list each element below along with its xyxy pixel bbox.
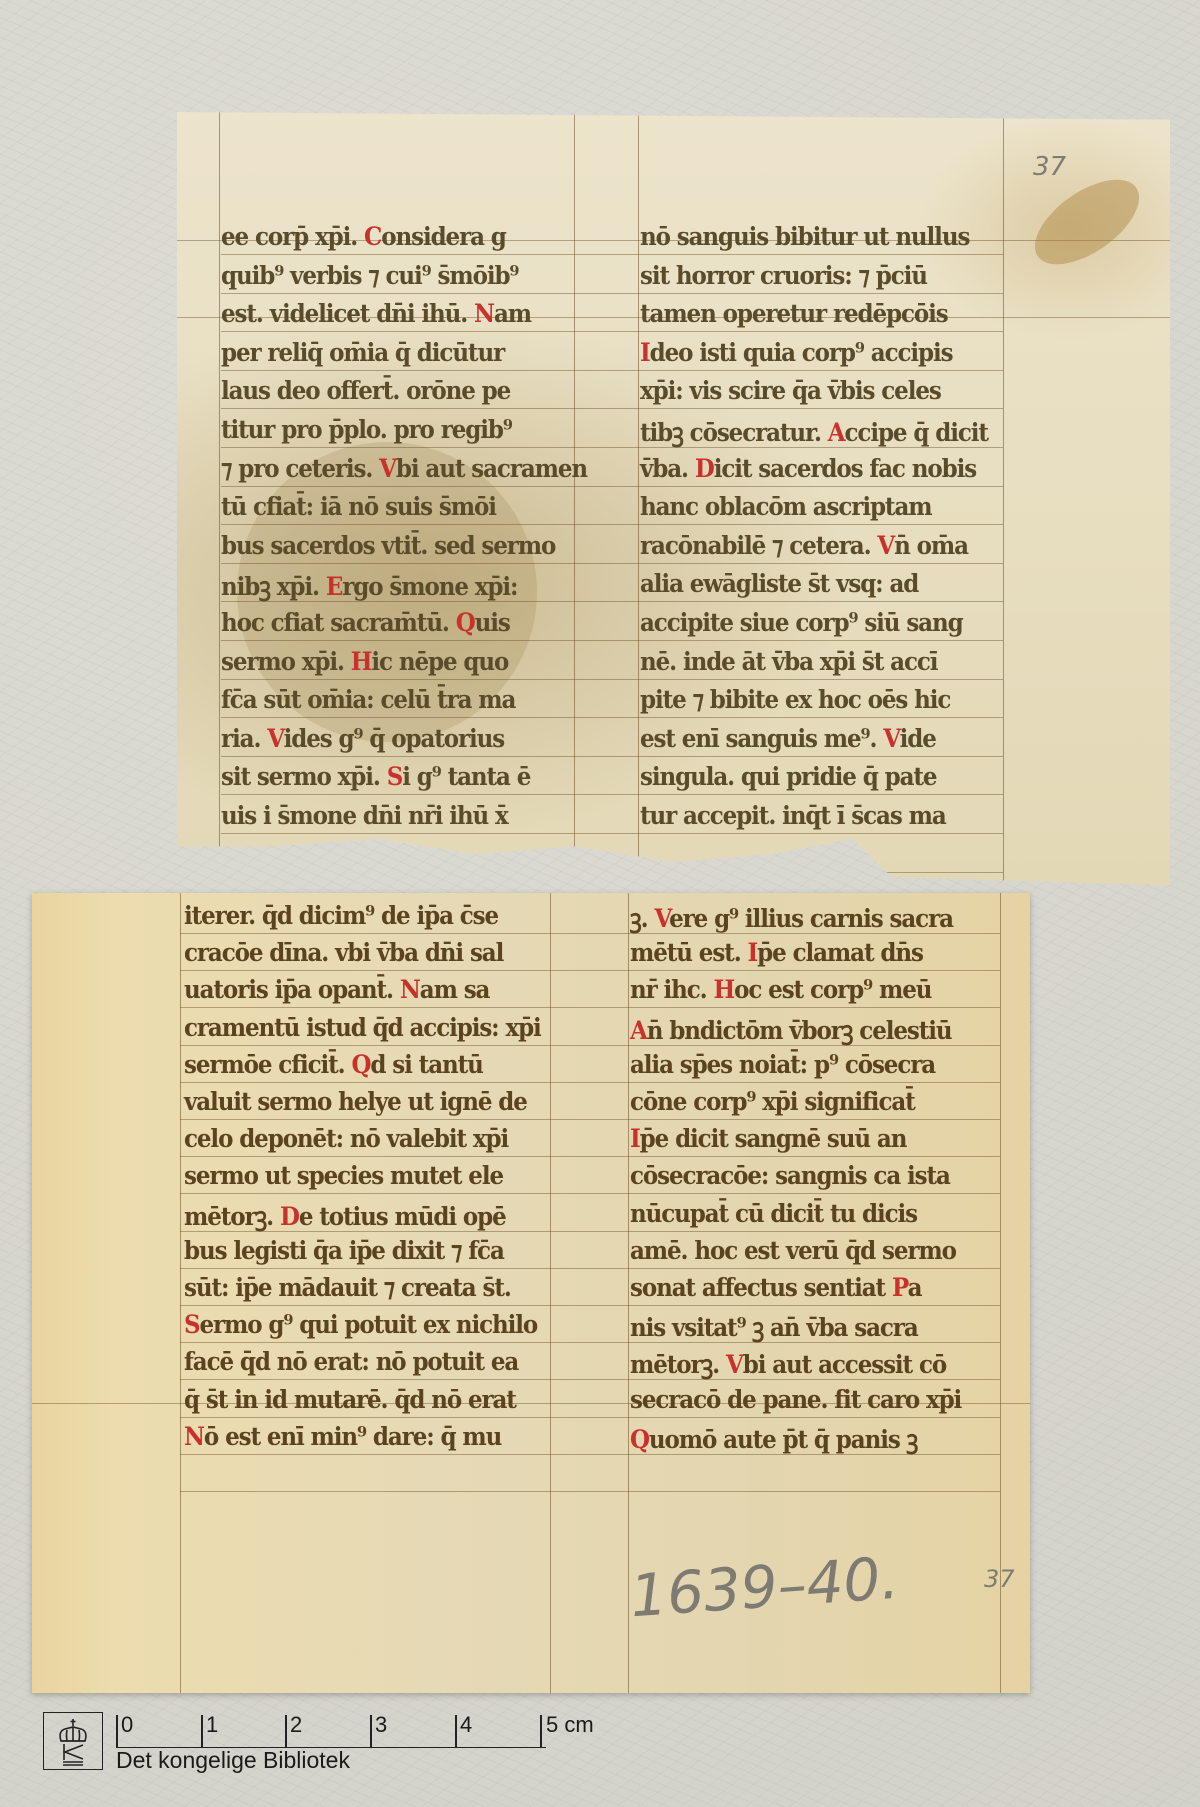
line-text: pite ⁊ bibite ex hoc oēs hic bbox=[640, 685, 950, 714]
manuscript-line: An̄ bndictōm v̄borꝫ celestiū bbox=[630, 1013, 952, 1047]
rubricated-initial: H bbox=[714, 975, 735, 1004]
rubricated-initial: N bbox=[184, 1422, 204, 1451]
manuscript-line: v̄ba. Dicit sacerdos fac nobis bbox=[640, 454, 976, 483]
line-text: fc̄a sūt om̄ia: celū t̄ra ma bbox=[221, 685, 515, 714]
ruling-line bbox=[221, 408, 1003, 409]
manuscript-line: Nō est enī min⁹ dare: q̄ mu bbox=[184, 1422, 501, 1451]
manuscript-line: tibꝫ cōsecratur. Accipe q̄ dicit bbox=[640, 415, 988, 449]
line-text: n̄ bndictōm v̄borꝫ celestiū bbox=[647, 1016, 952, 1045]
manuscript-line: alia sp̄es noiat̄: p⁹ cōsecra bbox=[630, 1050, 935, 1079]
manuscript-line: nō sanguis bibitur ut nullus bbox=[640, 222, 969, 251]
rubricated-initial: D bbox=[280, 1202, 299, 1231]
line-text: rgo s̄mone xp̄i: bbox=[342, 572, 517, 601]
pencil-note: 1639–40. bbox=[628, 1544, 901, 1631]
ruling-line bbox=[221, 563, 1003, 564]
line-text: icit sacerdos fac nobis bbox=[714, 454, 976, 483]
rubricated-initial: V bbox=[877, 531, 894, 560]
line-text: cracōe dīna. vbi v̄ba dn̄i sal bbox=[184, 938, 503, 967]
ruling-line bbox=[180, 1268, 1000, 1269]
line-text: uomō aute p̄t q̄ panis ꝫ bbox=[649, 1425, 917, 1454]
manuscript-line: titur pro p̄plo. pro regib⁹ bbox=[221, 415, 512, 444]
line-text: ee corp̄ xp̄i. bbox=[221, 222, 364, 251]
manuscript-line: sermo xp̄i. Hic nēpe quo bbox=[221, 647, 508, 676]
line-text: hanc oblacōm ascriptam bbox=[640, 492, 931, 521]
manuscript-line: sermōe cficit̄. Qd si tantū bbox=[184, 1050, 483, 1079]
manuscript-line: mētū est. Ip̄e clamat dn̄s bbox=[630, 938, 923, 967]
line-text: sermōe cficit̄. bbox=[184, 1050, 351, 1079]
manuscript-line: celo deponēt: nō valebit xp̄i bbox=[184, 1124, 508, 1153]
rubricated-initial: C bbox=[364, 222, 381, 251]
line-text: celo deponēt: nō valebit xp̄i bbox=[184, 1124, 508, 1153]
ruling-line bbox=[219, 112, 220, 885]
ruling-line bbox=[180, 893, 181, 1693]
line-text: d si tantū bbox=[370, 1050, 482, 1079]
ruler-label: 4 bbox=[460, 1712, 472, 1738]
ruling-line bbox=[574, 112, 575, 885]
rubricated-initial: E bbox=[326, 572, 342, 601]
line-text: xp̄i: vis scire q̄a v̄bis celes bbox=[640, 376, 941, 405]
line-text: secracō de pane. fit caro xp̄i bbox=[630, 1385, 961, 1414]
ruling-line bbox=[180, 1231, 1000, 1232]
library-logo bbox=[43, 1712, 103, 1770]
manuscript-line: nē. inde āt v̄ba xp̄i s̄t accī bbox=[640, 647, 937, 676]
line-text: ic nēpe quo bbox=[371, 647, 508, 676]
line-text: mētorꝫ. bbox=[184, 1202, 280, 1231]
line-text: cōsecracōe: sangnis ca ista bbox=[630, 1161, 950, 1190]
ruling-line bbox=[180, 1305, 1000, 1306]
ruler-label: 2 bbox=[290, 1712, 302, 1738]
rubricated-initial: D bbox=[695, 454, 714, 483]
ruling-line bbox=[221, 794, 1003, 795]
line-text: ide bbox=[900, 724, 936, 753]
manuscript-line: quib⁹ verbis ⁊ cui⁹ s̄mōib⁹ bbox=[221, 261, 518, 290]
ruling-line bbox=[550, 893, 551, 1693]
scale-unit-label: 5 cm bbox=[546, 1712, 594, 1738]
ruling-line bbox=[221, 679, 1003, 680]
manuscript-line: nibꝫ xp̄i. Ergo s̄mone xp̄i: bbox=[221, 569, 517, 603]
line-text: nē. inde āt v̄ba xp̄i s̄t accī bbox=[640, 647, 937, 676]
ruler-label: 1 bbox=[206, 1712, 218, 1738]
line-text: am bbox=[494, 299, 531, 328]
rubricated-initial: A bbox=[828, 418, 845, 447]
ruling-line bbox=[180, 970, 1000, 971]
rubricated-initial: N bbox=[474, 299, 494, 328]
line-text: alia ewāgliste s̄t vsq: ad bbox=[640, 569, 918, 598]
line-text: e totius mūdi opē bbox=[299, 1202, 506, 1231]
manuscript-line: secracō de pane. fit caro xp̄i bbox=[630, 1385, 961, 1414]
line-text: accipite siue corp⁹ siū sang bbox=[640, 608, 963, 637]
rubricated-initial: H bbox=[351, 647, 372, 676]
line-text: nūcupat̄ cū dicit̄ tu dicis bbox=[630, 1199, 917, 1228]
line-text: uis bbox=[475, 608, 510, 637]
line-text: sūt: ip̄e mādauit ⁊ creata s̄t. bbox=[184, 1273, 511, 1302]
line-text: sermo ut species mutet ele bbox=[184, 1161, 503, 1190]
ruler-label: 0 bbox=[121, 1712, 133, 1738]
ruling-line bbox=[180, 933, 1000, 934]
line-text: n̄ om̄a bbox=[894, 531, 968, 560]
manuscript-line: pite ⁊ bibite ex hoc oēs hic bbox=[640, 685, 950, 714]
manuscript-line: Quomō aute p̄t q̄ panis ꝫ bbox=[630, 1422, 917, 1456]
ruling-line bbox=[221, 331, 1003, 332]
ruler-tick bbox=[540, 1715, 542, 1748]
line-text: p̄e dicit sangnē suū an bbox=[640, 1124, 907, 1153]
line-text: cramentū istud q̄d accipis: xp̄i bbox=[184, 1013, 541, 1042]
ruling-line bbox=[221, 370, 1003, 371]
manuscript-line: alia ewāgliste s̄t vsq: ad bbox=[640, 569, 918, 598]
ruler-tick bbox=[201, 1715, 203, 1748]
rubricated-initial: V bbox=[654, 904, 669, 933]
ruling-line bbox=[180, 1045, 1000, 1046]
manuscript-line: singula. qui pridie q̄ pate bbox=[640, 762, 936, 791]
manuscript-line: Ideo isti quia corp⁹ accipis bbox=[640, 338, 952, 367]
top-manuscript-leaf: 37 ee corp̄ xp̄i. Considera gquib⁹ verbi… bbox=[177, 112, 1170, 885]
line-text: racōnabilē ⁊ cetera. bbox=[640, 531, 877, 560]
line-text: bus sacerdos vtit̄. sed sermo bbox=[221, 531, 555, 560]
ruling-line bbox=[180, 1342, 1000, 1343]
rubricated-initial: A bbox=[630, 1016, 647, 1045]
line-text: nis vsitat⁹ ꝫ an̄ v̄ba sacra bbox=[630, 1313, 918, 1342]
manuscript-line: accipite siue corp⁹ siū sang bbox=[640, 608, 963, 637]
line-text: amē. hoc est verū q̄d sermo bbox=[630, 1236, 956, 1265]
manuscript-line: uatoris ip̄a opant̄. Nam sa bbox=[184, 975, 489, 1004]
line-text: quib⁹ verbis ⁊ cui⁹ s̄mōib⁹ bbox=[221, 261, 518, 290]
rubricated-initial: Q bbox=[456, 608, 475, 637]
line-text: sit sermo xp̄i. bbox=[221, 762, 387, 791]
ruling-line bbox=[221, 872, 1003, 873]
ruling-line bbox=[180, 1119, 1000, 1120]
rubricated-initial: V bbox=[379, 454, 396, 483]
manuscript-line: sit horror cruoris: ⁊ p̄ciū bbox=[640, 261, 927, 290]
line-text: i g⁹ tanta ē bbox=[402, 762, 530, 791]
manuscript-line: ria. Vides g⁹ q̄ opatorius bbox=[221, 724, 504, 753]
ruling-line bbox=[180, 1007, 1000, 1008]
line-text: titur pro p̄plo. pro regib⁹ bbox=[221, 415, 512, 444]
folio-number: 37 bbox=[984, 1565, 1015, 1593]
line-text: ⁊ pro ceteris. bbox=[221, 454, 379, 483]
ruling-line bbox=[221, 486, 1003, 487]
rubricated-initial: S bbox=[387, 762, 403, 791]
rubricated-initial: I bbox=[630, 1124, 640, 1153]
manuscript-line: uis i s̄mone dn̄i nr̄i ihū x̄ bbox=[221, 801, 508, 830]
scale-ruler: 0 1 2 3 4 bbox=[116, 1712, 546, 1748]
ruling-line bbox=[638, 112, 639, 885]
manuscript-line: cōsecracōe: sangnis ca ista bbox=[630, 1161, 950, 1190]
line-text: mētū est. bbox=[630, 938, 748, 967]
manuscript-line: tamen operetur redēpcōis bbox=[640, 299, 948, 328]
manuscript-line: xp̄i: vis scire q̄a v̄bis celes bbox=[640, 376, 941, 405]
line-text: per reliq̄ om̄ia q̄ dicūtur bbox=[221, 338, 504, 367]
rubricated-initial: I bbox=[748, 938, 758, 967]
ruling-line bbox=[180, 1193, 1000, 1194]
line-text: v̄ba. bbox=[640, 454, 695, 483]
folio-number: 37 bbox=[1033, 152, 1066, 182]
ruling-line bbox=[221, 756, 1003, 757]
manuscript-line: sermo ut species mutet ele bbox=[184, 1161, 503, 1190]
ruling-line bbox=[221, 640, 1003, 641]
ruling-line bbox=[221, 254, 1003, 255]
ruling-line bbox=[221, 717, 1003, 718]
ruling-line bbox=[180, 1454, 1000, 1455]
rubricated-initial: N bbox=[400, 975, 420, 1004]
line-text: ere g⁹ illius carnis sacra bbox=[669, 904, 953, 933]
line-text: tur accepit. inq̄t ī s̄cas ma bbox=[640, 801, 946, 830]
manuscript-line: cōne corp⁹ xp̄i significat̄ bbox=[630, 1087, 915, 1116]
manuscript-line: cramentū istud q̄d accipis: xp̄i bbox=[184, 1013, 541, 1042]
institution-name: Det kongelige Bibliotek bbox=[116, 1747, 350, 1774]
manuscript-line: cracōe dīna. vbi v̄ba dn̄i sal bbox=[184, 938, 503, 967]
ruling-line bbox=[180, 1156, 1000, 1157]
line-text: tibꝫ cōsecratur. bbox=[640, 418, 828, 447]
manuscript-line: mētorꝫ. De totius mūdi opē bbox=[184, 1199, 506, 1233]
manuscript-line: sit sermo xp̄i. Si g⁹ tanta ē bbox=[221, 762, 530, 791]
line-text: uis i s̄mone dn̄i nr̄i ihū x̄ bbox=[221, 801, 508, 830]
ruling-line bbox=[221, 447, 1003, 448]
rubricated-initial: P bbox=[892, 1273, 908, 1302]
manuscript-line: tū cfiat̄: iā nō suis s̄mōi bbox=[221, 492, 496, 521]
bottom-manuscript-leaf: iterer. q̄d dicim⁹ de ip̄a c̄secracōe dī… bbox=[32, 893, 1030, 1693]
manuscript-line: laus deo offert̄. orōne pe bbox=[221, 376, 510, 405]
line-text: deo isti quia corp⁹ accipis bbox=[650, 338, 953, 367]
manuscript-line: mētorꝫ. Vbi aut accessit cō bbox=[630, 1347, 946, 1381]
manuscript-line: nis vsitat⁹ ꝫ an̄ v̄ba sacra bbox=[630, 1310, 918, 1344]
manuscript-line: Sermo g⁹ qui potuit ex nichilo bbox=[184, 1310, 537, 1339]
manuscript-line: est enī sanguis me⁹. Vide bbox=[640, 724, 936, 753]
line-text: alia sp̄es noiat̄: p⁹ cōsecra bbox=[630, 1050, 935, 1079]
line-text: sit horror cruoris: ⁊ p̄ciū bbox=[640, 261, 927, 290]
manuscript-line: hanc oblacōm ascriptam bbox=[640, 492, 931, 521]
line-text: oc est corp⁹ meū bbox=[734, 975, 931, 1004]
manuscript-line: fc̄a sūt om̄ia: celū t̄ra ma bbox=[221, 685, 515, 714]
line-text: tū cfiat̄: iā nō suis s̄mōi bbox=[221, 492, 496, 521]
ruling-line bbox=[1003, 112, 1004, 885]
line-text: nibꝫ xp̄i. bbox=[221, 572, 326, 601]
ruling-line bbox=[221, 601, 1003, 602]
ruler-tick bbox=[285, 1715, 287, 1748]
manuscript-line: nr̄ ihc. Hoc est corp⁹ meū bbox=[630, 975, 931, 1004]
manuscript-line: tur accepit. inq̄t ī s̄cas ma bbox=[640, 801, 946, 830]
line-text: a bbox=[908, 1273, 922, 1302]
line-text: tamen operetur redēpcōis bbox=[640, 299, 948, 328]
line-text: bi aut sacramen bbox=[396, 454, 587, 483]
ruling-line bbox=[221, 524, 1003, 525]
ruling-line bbox=[221, 293, 1003, 294]
line-text: facē q̄d nō erat: nō potuit ea bbox=[184, 1347, 518, 1376]
manuscript-line: bus sacerdos vtit̄. sed sermo bbox=[221, 531, 555, 560]
manuscript-line: ꝫ. Vere g⁹ illius carnis sacra bbox=[630, 901, 953, 935]
ruling-line bbox=[180, 1379, 1000, 1380]
manuscript-line: valuit sermo helye ut ignē de bbox=[184, 1087, 527, 1116]
line-text: hoc cfiat sacram̄tū. bbox=[221, 608, 456, 637]
crown-k-logo-icon bbox=[44, 1713, 102, 1769]
rubricated-initial: Q bbox=[630, 1425, 649, 1454]
rubricated-initial: Q bbox=[351, 1050, 370, 1079]
manuscript-line: iterer. q̄d dicim⁹ de ip̄a c̄se bbox=[184, 901, 498, 930]
line-text: am sa bbox=[420, 975, 490, 1004]
line-text: ria. bbox=[221, 724, 267, 753]
line-text: uatoris ip̄a opant̄. bbox=[184, 975, 400, 1004]
line-text: bus legisti q̄a ip̄e dixit ⁊ fc̄a bbox=[184, 1236, 504, 1265]
manuscript-line: ⁊ pro ceteris. Vbi aut sacramen bbox=[221, 454, 587, 483]
line-text: p̄e clamat dn̄s bbox=[757, 938, 923, 967]
rubricated-initial: V bbox=[267, 724, 283, 753]
line-text: q̄ s̄t in id mutarē. q̄d nō erat bbox=[184, 1385, 516, 1414]
line-text: ō est enī min⁹ dare: q̄ mu bbox=[204, 1422, 501, 1451]
line-text: est. videlicet dn̄i ihū. bbox=[221, 299, 474, 328]
manuscript-line: nūcupat̄ cū dicit̄ tu dicis bbox=[630, 1199, 917, 1228]
line-text: singula. qui pridie q̄ pate bbox=[640, 762, 936, 791]
line-text: ccipe q̄ dicit bbox=[845, 418, 988, 447]
ruler-tick bbox=[370, 1715, 372, 1748]
line-text: iterer. q̄d dicim⁹ de ip̄a c̄se bbox=[184, 901, 498, 930]
line-text: est enī sanguis me⁹. bbox=[640, 724, 883, 753]
ruler-tick bbox=[455, 1715, 457, 1748]
line-text: ermo g⁹ qui potuit ex nichilo bbox=[200, 1310, 538, 1339]
manuscript-line: amē. hoc est verū q̄d sermo bbox=[630, 1236, 956, 1265]
rubricated-initial: I bbox=[640, 338, 650, 367]
line-text: onsidera g bbox=[381, 222, 506, 251]
rubricated-initial: V bbox=[883, 724, 899, 753]
ruling-line bbox=[221, 833, 1003, 834]
manuscript-line: racōnabilē ⁊ cetera. Vn̄ om̄a bbox=[640, 531, 968, 560]
line-text: laus deo offert̄. orōne pe bbox=[221, 376, 510, 405]
line-text: mētorꝫ. bbox=[630, 1350, 726, 1379]
manuscript-line: facē q̄d nō erat: nō potuit ea bbox=[184, 1347, 518, 1376]
manuscript-line: est. videlicet dn̄i ihū. Nam bbox=[221, 299, 531, 328]
ruling-line bbox=[180, 1491, 1000, 1492]
line-text: cōne corp⁹ xp̄i significat̄ bbox=[630, 1087, 915, 1116]
line-text: valuit sermo helye ut ignē de bbox=[184, 1087, 527, 1116]
line-text: ꝫ. bbox=[630, 904, 654, 933]
line-text: ides g⁹ q̄ opatorius bbox=[284, 724, 505, 753]
rubricated-initial: S bbox=[184, 1310, 200, 1339]
ruler-label: 3 bbox=[375, 1712, 387, 1738]
ruling-line bbox=[180, 1082, 1000, 1083]
ruler-tick bbox=[116, 1715, 118, 1748]
manuscript-line: q̄ s̄t in id mutarē. q̄d nō erat bbox=[184, 1385, 516, 1414]
manuscript-line: per reliq̄ om̄ia q̄ dicūtur bbox=[221, 338, 504, 367]
manuscript-line: bus legisti q̄a ip̄e dixit ⁊ fc̄a bbox=[184, 1236, 504, 1265]
rubricated-initial: V bbox=[726, 1350, 743, 1379]
manuscript-line: sūt: ip̄e mādauit ⁊ creata s̄t. bbox=[184, 1273, 511, 1302]
manuscript-line: ee corp̄ xp̄i. Considera g bbox=[221, 222, 506, 251]
line-text: sonat affectus sentiat bbox=[630, 1273, 892, 1302]
ruling-line bbox=[180, 1417, 1000, 1418]
line-text: nr̄ ihc. bbox=[630, 975, 714, 1004]
line-text: nō sanguis bibitur ut nullus bbox=[640, 222, 969, 251]
manuscript-line: hoc cfiat sacram̄tū. Quis bbox=[221, 608, 510, 637]
line-text: bi aut accessit cō bbox=[743, 1350, 946, 1379]
line-text: sermo xp̄i. bbox=[221, 647, 351, 676]
manuscript-line: Ip̄e dicit sangnē suū an bbox=[630, 1124, 906, 1153]
manuscript-line: sonat affectus sentiat Pa bbox=[630, 1273, 921, 1302]
